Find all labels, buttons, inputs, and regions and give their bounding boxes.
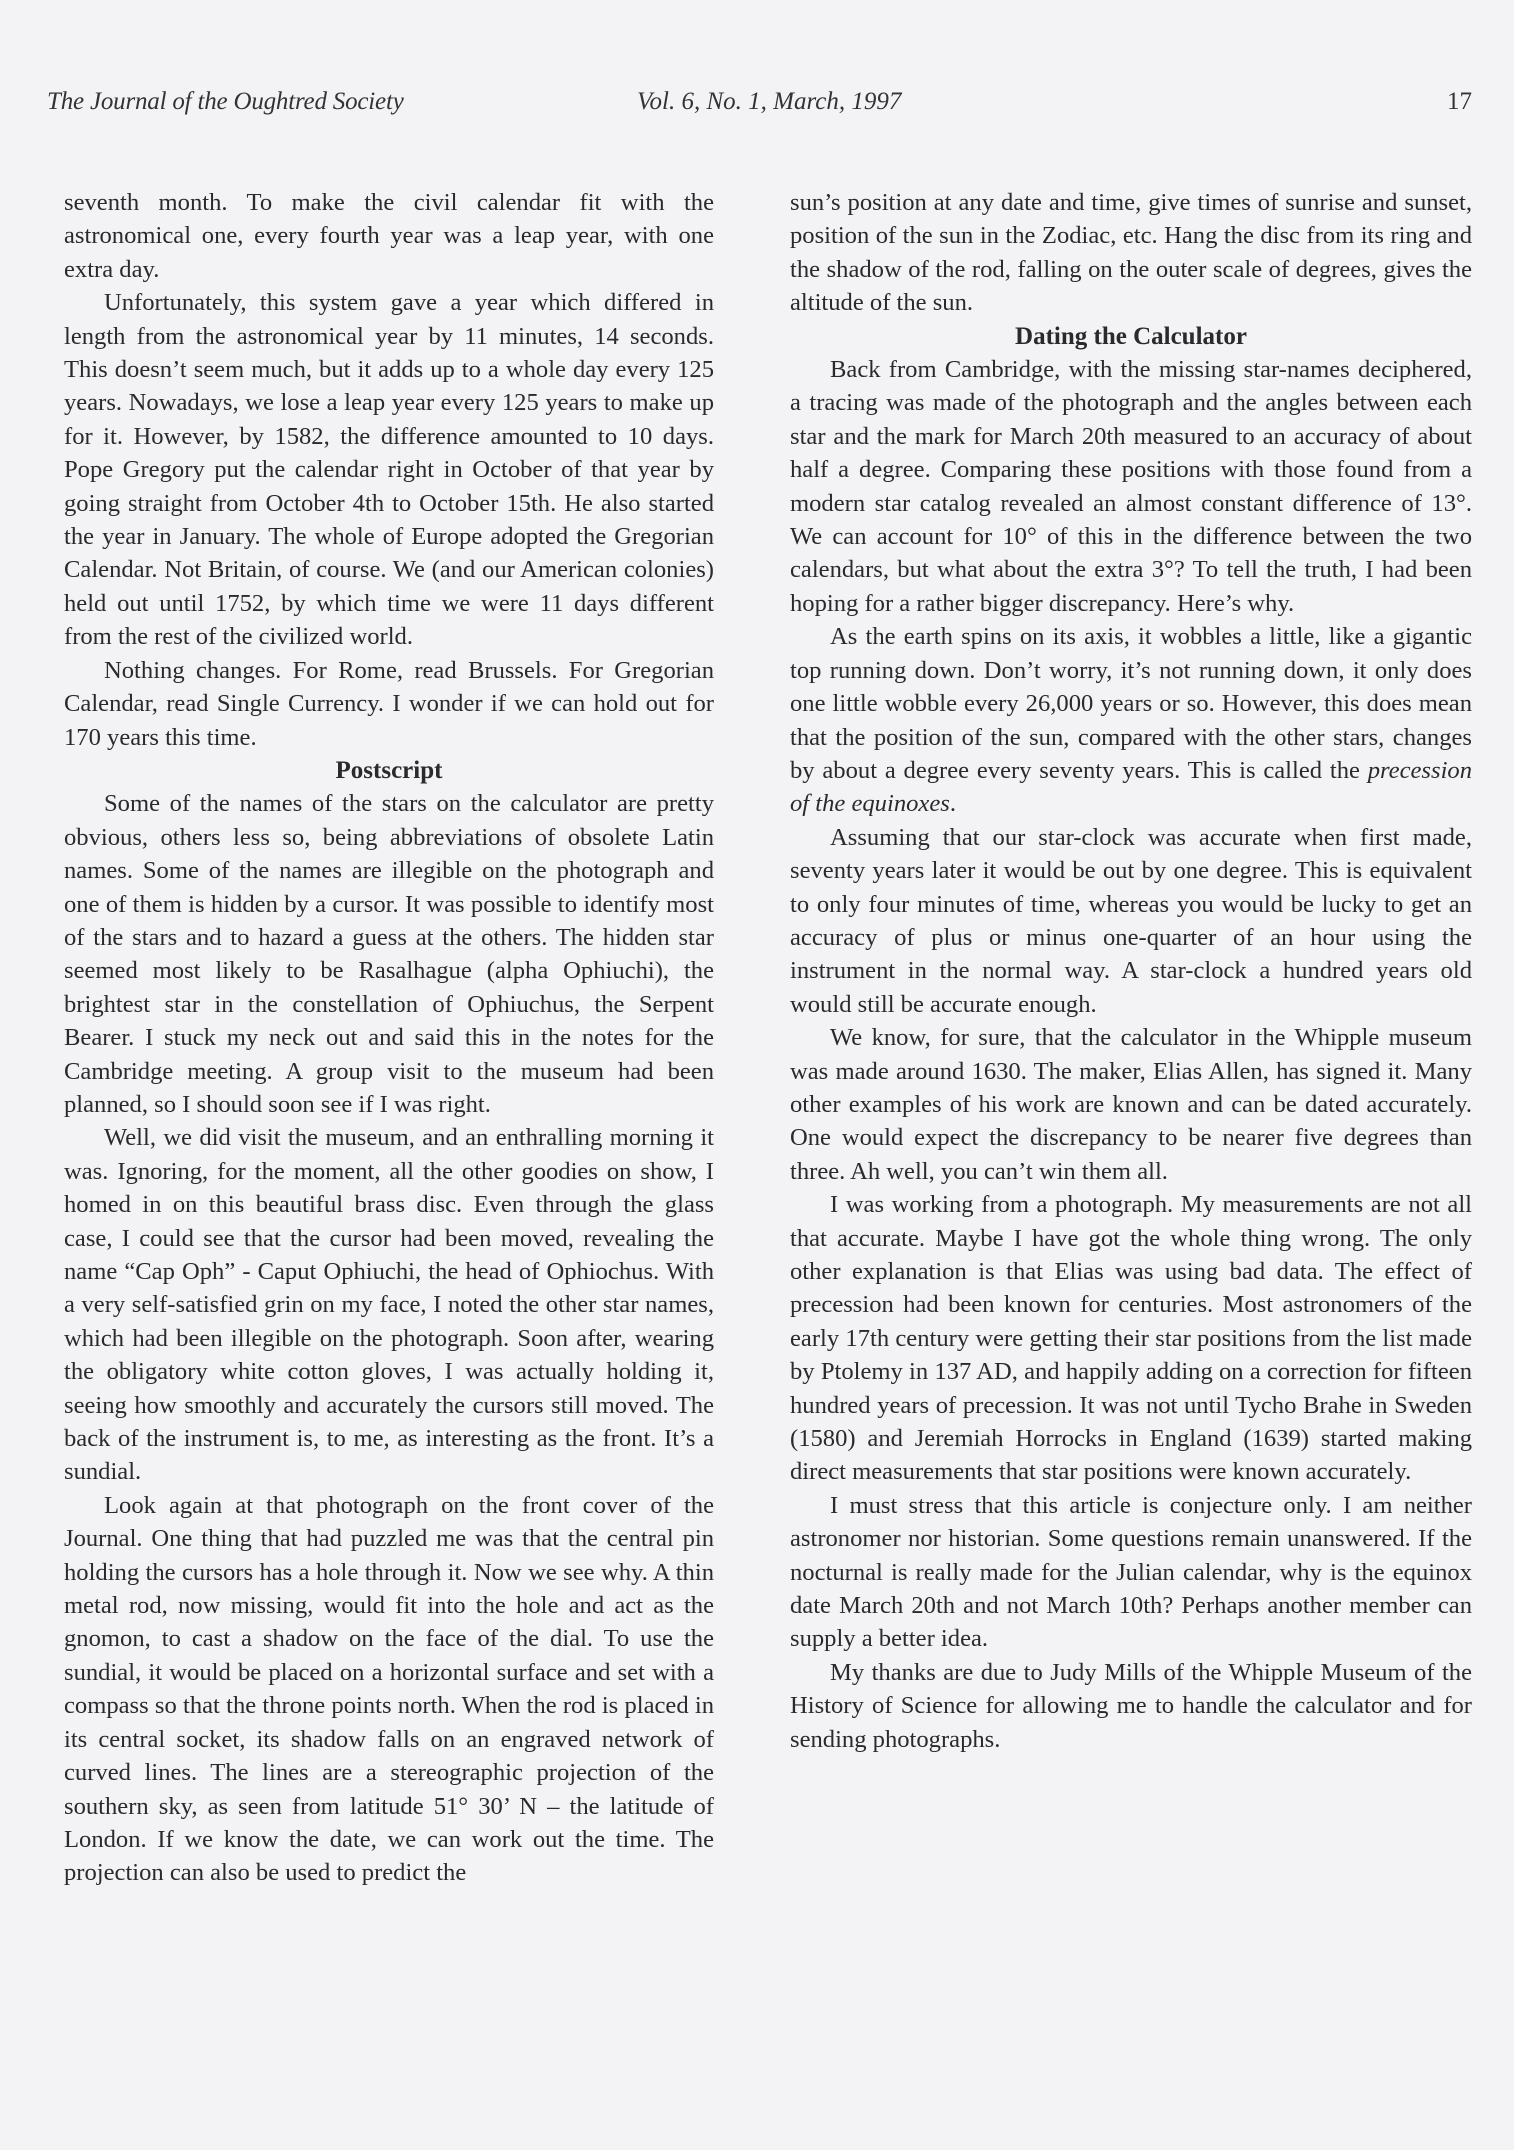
paragraph: We know, for sure, that the calculator i… — [790, 1021, 1472, 1188]
paragraph: Well, we did visit the museum, and an en… — [64, 1121, 714, 1488]
issue-info: Vol. 6, No. 1, March, 1997 — [637, 88, 901, 116]
paragraph: Unfortunately, this system gave a year w… — [64, 286, 714, 653]
running-header: The Journal of the Oughtred Society Vol.… — [47, 88, 1472, 124]
paragraph: I was working from a photograph. My meas… — [790, 1188, 1472, 1489]
right-column: sun’s position at any date and time, giv… — [790, 186, 1472, 1756]
paragraph: Assuming that our star-clock was accurat… — [790, 821, 1472, 1021]
section-heading-postscript: Postscript — [64, 754, 714, 787]
paragraph: Some of the names of the stars on the ca… — [64, 787, 714, 1121]
paragraph: seventh month. To make the civil calenda… — [64, 186, 714, 286]
paragraph: sun’s position at any date and time, giv… — [790, 186, 1472, 320]
paragraph: Back from Cambridge, with the missing st… — [790, 353, 1472, 620]
left-column: seventh month. To make the civil calenda… — [64, 186, 714, 1890]
page-number: 17 — [1447, 88, 1472, 116]
journal-title: The Journal of the Oughtred Society — [47, 88, 404, 116]
paragraph: My thanks are due to Judy Mills of the W… — [790, 1656, 1472, 1756]
section-heading-dating: Dating the Calculator — [790, 320, 1472, 353]
paragraph: Look again at that photograph on the fro… — [64, 1489, 714, 1890]
paragraph-text: . — [950, 790, 956, 817]
paragraph: Nothing changes. For Rome, read Brussels… — [64, 654, 714, 754]
paragraph: As the earth spins on its axis, it wobbl… — [790, 620, 1472, 820]
paragraph: I must stress that this article is conje… — [790, 1489, 1472, 1656]
